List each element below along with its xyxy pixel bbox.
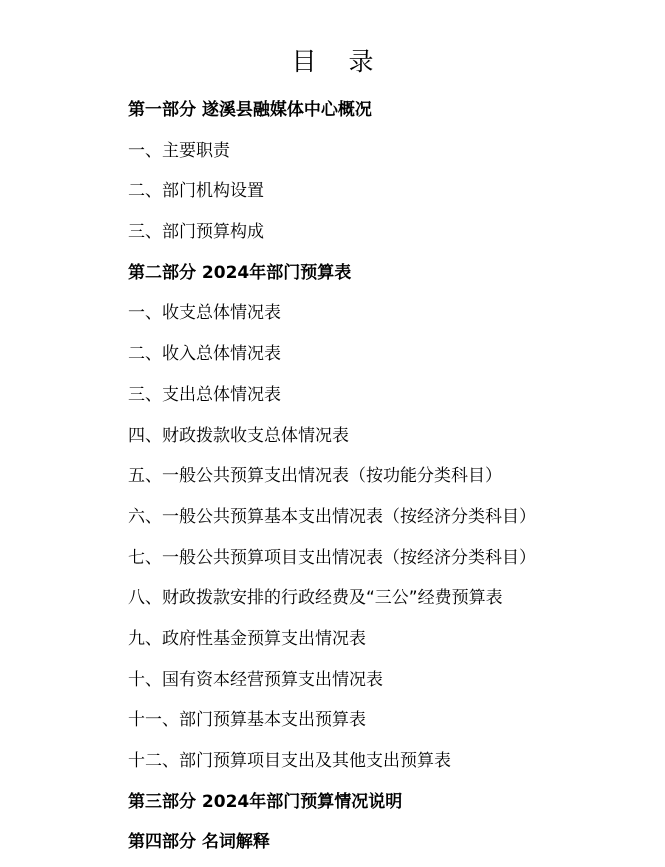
toc-item: 三、部门预算构成 — [128, 218, 536, 259]
page-title: 目 录 — [0, 42, 665, 78]
toc-item: 一、收支总体情况表 — [128, 299, 536, 340]
toc-item: 十一、部门预算基本支出预算表 — [128, 706, 536, 747]
toc-item: 三、支出总体情况表 — [128, 381, 536, 422]
toc-section-2: 第二部分 2024年部门预算表 — [128, 259, 536, 300]
toc-section-3: 第三部分 2024年部门预算情况说明 — [128, 788, 536, 829]
toc-item: 一、主要职责 — [128, 137, 536, 178]
toc-item: 八、财政拨款安排的行政经费及“三公”经费预算表 — [128, 584, 536, 625]
toc-item: 七、一般公共预算项目支出情况表（按经济分类科目） — [128, 544, 536, 585]
toc-item: 六、一般公共预算基本支出情况表（按经济分类科目） — [128, 503, 536, 544]
toc-section-1: 第一部分 遂溪县融媒体中心概况 — [128, 96, 536, 137]
toc-item: 十二、部门预算项目支出及其他支出预算表 — [128, 747, 536, 788]
toc-item: 二、部门机构设置 — [128, 177, 536, 218]
toc-item: 四、财政拨款收支总体情况表 — [128, 422, 536, 463]
toc-item: 十、国有资本经营预算支出情况表 — [128, 666, 536, 707]
toc-item: 五、一般公共预算支出情况表（按功能分类科目） — [128, 462, 536, 503]
table-of-contents: 第一部分 遂溪县融媒体中心概况 一、主要职责 二、部门机构设置 三、部门预算构成… — [128, 96, 536, 867]
toc-item: 二、收入总体情况表 — [128, 340, 536, 381]
toc-item: 九、政府性基金预算支出情况表 — [128, 625, 536, 666]
toc-section-4: 第四部分 名词解释 — [128, 828, 536, 867]
